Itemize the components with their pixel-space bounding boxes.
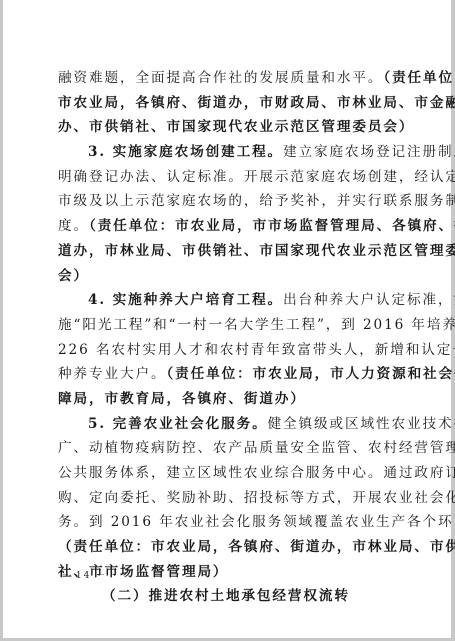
text-line: 融资难题，全面提高合作社的发展质量和水平。（责任单位： — [58, 66, 401, 91]
text-line: 障局，市教育局，各镇府、街道办） — [58, 387, 401, 412]
text-line: 市级及以上示范家庭农场的，给予奖补，并实行联系服务制 — [58, 189, 401, 214]
bold-text-span: （责任单位： — [383, 70, 455, 86]
text-line: 广、动植物疫病防控、农产品质量安全监管、农村经营管理等 — [58, 436, 401, 461]
bold-text-span: （二）推进农村土地承包经营权流转 — [102, 588, 350, 604]
text-span: 施“阳光工程”和“一村一名大学生工程”，到 2016 年培养 — [58, 317, 455, 333]
bold-text-span: （责任单位：市农业局，各镇府、街道办，市林业局、市供销 — [58, 539, 455, 555]
bold-text-span: 会） — [58, 268, 89, 284]
text-span: 226 名农村实用人才和农村青年致富带头人，新增和认定一批 — [58, 342, 455, 358]
bold-text-span: 5. 完善农业社会化服务。 — [88, 416, 268, 432]
bold-text-span: 3. 实施家庭农场创建工程。 — [88, 144, 283, 160]
text-span: 融资难题，全面提高合作社的发展质量和水平。 — [58, 70, 383, 86]
text-line: 4. 实施种养大户培育工程。出台种养大户认定标准，实 — [58, 288, 401, 313]
text-span: 建立家庭农场登记注册制度， — [283, 144, 455, 160]
text-span: 市级及以上示范家庭农场的，给予奖补，并实行联系服务制 — [58, 193, 455, 209]
text-span: 购、定向委托、奖励补助、招投标等方式，开展农业社会化服 — [58, 490, 455, 506]
page-number: － 14 － — [60, 568, 107, 581]
text-span: 出台种养大户认定标准，实 — [283, 292, 455, 308]
bold-text-span: 4. 实施种养大户培育工程。 — [88, 292, 283, 308]
bold-text-span: 障局，市教育局，各镇府、街道办） — [58, 391, 306, 407]
document-page: 融资难题，全面提高合作社的发展质量和水平。（责任单位：市农业局，各镇府、街道办，… — [3, 0, 451, 638]
text-line: 226 名农村实用人才和农村青年致富带头人，新增和认定一批 — [58, 338, 401, 363]
text-line: 社、市市场监督管理局） — [58, 560, 401, 585]
text-line: 道办，市林业局、市供销社、市国家现代农业示范区管理委员 — [58, 239, 401, 264]
text-line: 种养专业大户。（责任单位：市农业局，市人力资源和社会保 — [58, 362, 401, 387]
text-span: 度。 — [58, 218, 89, 234]
text-span: 务。到 2016 年农业社会化服务领域覆盖农业生产各个环节。 — [58, 514, 455, 530]
document-body: 融资难题，全面提高合作社的发展质量和水平。（责任单位：市农业局，各镇府、街道办，… — [58, 66, 401, 609]
text-line: 购、定向委托、奖励补助、招投标等方式，开展农业社会化服 — [58, 486, 401, 511]
bold-text-span: （责任单位：市农业局，市人力资源和社会保 — [166, 366, 455, 382]
text-span: 种养专业大户。 — [58, 366, 166, 382]
text-line: 度。（责任单位：市农业局，市市场监督管理局、各镇府、街 — [58, 214, 401, 239]
text-line: 会） — [58, 264, 401, 289]
text-line: （责任单位：市农业局，各镇府、街道办，市林业局、市供销 — [58, 535, 401, 560]
text-span: 公共服务体系，建立区域性农业综合服务中心。通过政府订 — [58, 465, 455, 481]
text-line: 5. 完善农业社会化服务。健全镇级或区域性农业技术推 — [58, 412, 401, 437]
text-span: 广、动植物疫病防控、农产品质量安全监管、农村经营管理等 — [58, 440, 455, 456]
bold-text-span: （责任单位：市农业局，市市场监督管理局、各镇府、街 — [89, 218, 455, 234]
text-span: 健全镇级或区域性农业技术推 — [268, 416, 455, 432]
text-span: 明确登记办法、认定标准。开展示范家庭农场创建，经认定为 — [58, 169, 455, 185]
text-line: 务。到 2016 年农业社会化服务领域覆盖农业生产各个环节。 — [58, 510, 401, 535]
text-line: 公共服务体系，建立区域性农业综合服务中心。通过政府订 — [58, 461, 401, 486]
text-line: 市农业局，各镇府、街道办，市财政局、市林业局、市金融 — [58, 91, 401, 116]
bold-text-span: 市农业局，各镇府、街道办，市财政局、市林业局、市金融 — [58, 95, 455, 111]
text-line: 办、市供销社、市国家现代农业示范区管理委员会） — [58, 115, 401, 140]
text-line: 施“阳光工程”和“一村一名大学生工程”，到 2016 年培养 — [58, 313, 401, 338]
bold-text-span: 道办，市林业局、市供销社、市国家现代农业示范区管理委员 — [58, 243, 455, 259]
text-line: （二）推进农村土地承包经营权流转 — [58, 584, 401, 609]
bold-text-span: 办、市供销社、市国家现代农业示范区管理委员会） — [58, 119, 414, 135]
text-line: 明确登记办法、认定标准。开展示范家庭农场创建，经认定为 — [58, 165, 401, 190]
text-line: 3. 实施家庭农场创建工程。建立家庭农场登记注册制度， — [58, 140, 401, 165]
